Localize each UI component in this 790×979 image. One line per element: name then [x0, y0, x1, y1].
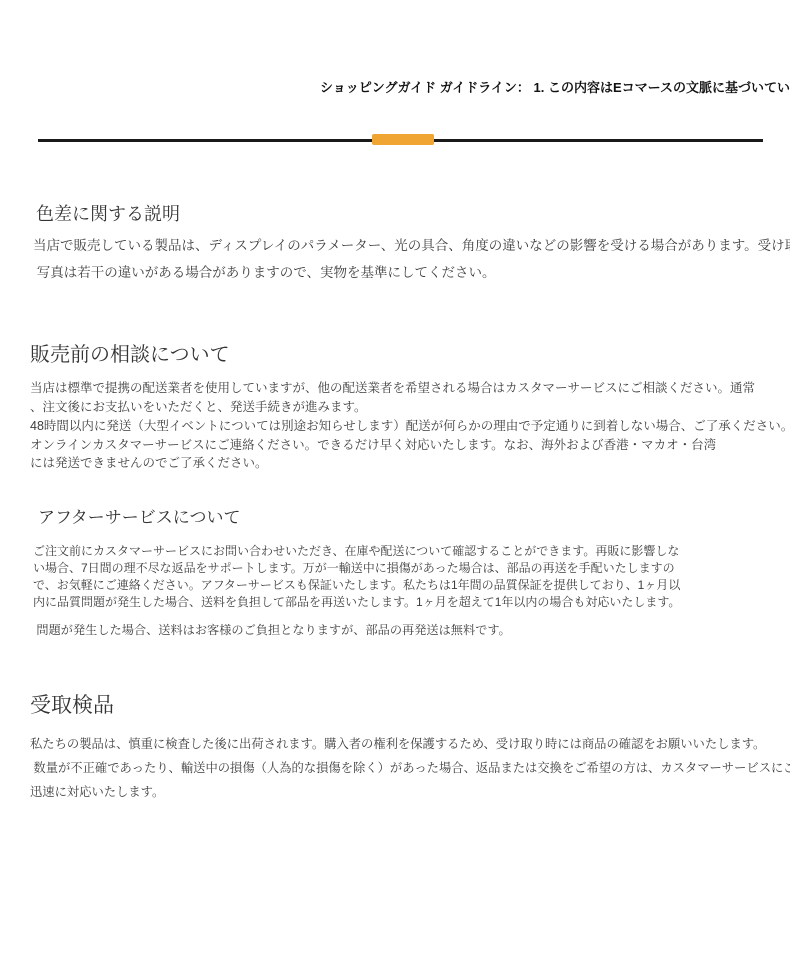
divider-orange-accent: [372, 134, 434, 145]
paragraph-presale-48h-shipping: 48時間以内に発送（大型イベントについては別途お知らせします）配送が何らかの理由…: [30, 417, 790, 473]
paragraph-after-service-policy: ご注文前にカスタマーサービスにお問い合わせいただき、在庫や配送について確認するこ…: [33, 543, 680, 611]
section-title-after-service: アフターサービスについて: [38, 506, 240, 530]
section-title-receipt-inspection: 受取検品: [30, 692, 114, 720]
paragraph-color-difference: 当店で販売している製品は、ディスプレイのパラメーター、光の具合、角度の違いなどの…: [33, 232, 790, 286]
section-title-color-difference: 色差に関する説明: [36, 202, 180, 226]
section-title-presale-consultation: 販売前の相談について: [30, 342, 230, 368]
paragraph-after-service-shipping-fee: 問題が発生した場合、送料はお客様のご負担となりますが、部品の再発送は無料です。: [33, 622, 511, 639]
paragraph-presale-shipping-partner: 当店は標準で提携の配送業者を使用していますが、他の配送業者を希望される場合はカス…: [30, 379, 755, 416]
shopping-guide-header-note: ショッピングガイド ガイドライン： 1. この内容はEコマースの文脈に基づいてい…: [320, 80, 790, 96]
paragraph-receipt-inspection: 私たちの製品は、慎重に検査した後に出荷されます。購入者の権利を保護するため、受け…: [30, 732, 790, 804]
